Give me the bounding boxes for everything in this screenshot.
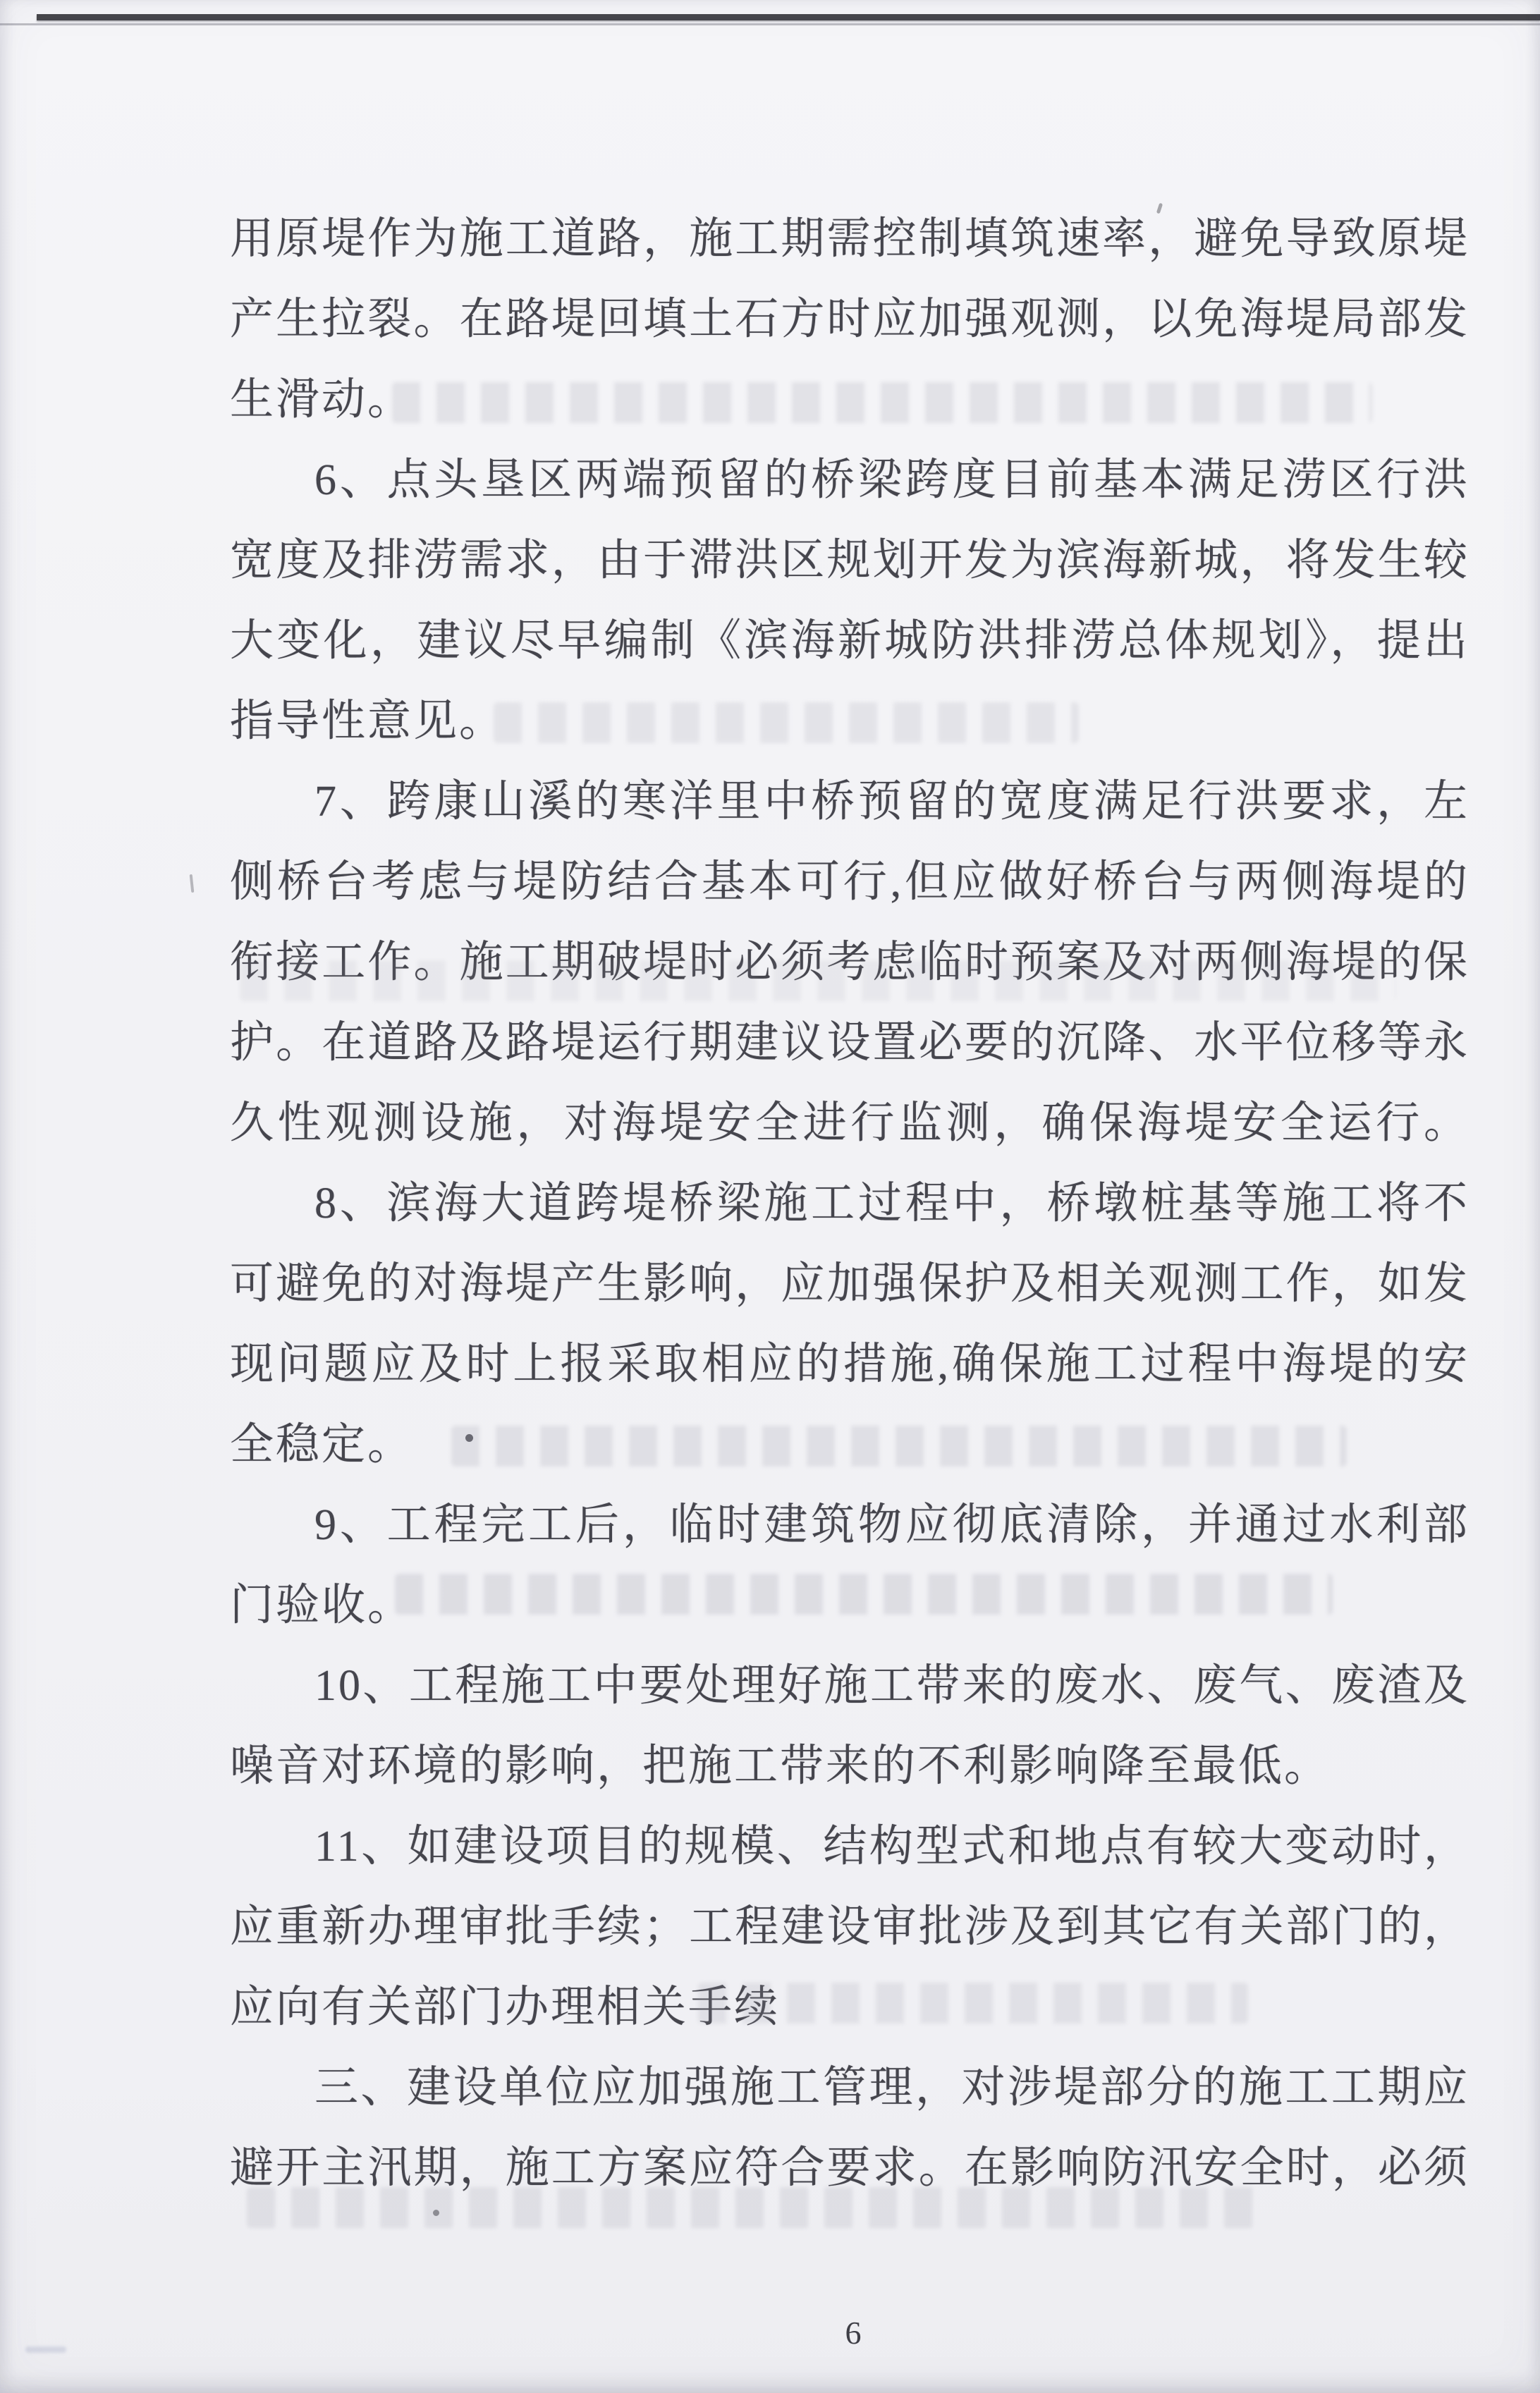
text-line: 可避免的对海堤产生影响，应加强保护及相关观测工作，如发: [230, 1244, 1469, 1324]
text-line: 三、建设单位应加强施工管理，对涉堤部分的施工工期应: [230, 2048, 1469, 2128]
scanned-document-page: 用原堤作为施工道路，施工期需控制填筑速率，避免导致原堤 产生拉裂。在路堤回填土石…: [0, 0, 1540, 2393]
text-line: 10、工程施工中要处理好施工带来的废水、废气、废渣及: [230, 1646, 1469, 1726]
text-line: 9、工程完工后，临时建筑物应彻底清除，并通过水利部: [230, 1485, 1469, 1565]
text-line: 护。在道路及路堤运行期建议设置必要的沉降、水平位移等永: [230, 1003, 1469, 1083]
text-line: 避开主汛期，施工方案应符合要求。在影响防汛安全时，必须: [230, 2128, 1469, 2208]
text-line: 现问题应及时上报采取相应的措施,确保施工过程中海堤的安: [230, 1324, 1469, 1404]
ink-speck: [190, 874, 195, 893]
text-line: 应向有关部门办理相关手续: [230, 1967, 1469, 2048]
text-line: 产生拉裂。在路堤回填土石方时应加强观测，以免海堤局部发: [230, 279, 1469, 360]
text-line: 衔接工作。施工期破堤时必须考虑临时预案及对两侧海堤的保: [230, 922, 1469, 1003]
ink-speck: [25, 2346, 66, 2353]
text-line: 侧桥台考虑与堤防结合基本可行,但应做好桥台与两侧海堤的: [230, 842, 1469, 922]
text-line: 大变化，建议尽早编制《滨海新城防洪排涝总体规划》，提出: [230, 601, 1469, 681]
text-line: 应重新办理审批手续；工程建设审批涉及到其它有关部门的，: [230, 1887, 1469, 1967]
text-line: 7、跨康山溪的寒洋里中桥预留的宽度满足行洪要求，左: [230, 761, 1469, 842]
page-number: 6: [797, 2314, 910, 2351]
text-line: 全稳定。: [230, 1404, 1469, 1485]
text-line: 8、滨海大道跨堤桥梁施工过程中，桥墩桩基等施工将不: [230, 1163, 1469, 1244]
ink-speck: [433, 2210, 439, 2216]
text-line: 门验收。: [230, 1565, 1469, 1646]
text-line: 6、点头垦区两端预留的桥梁跨度目前基本满足涝区行洪: [230, 440, 1469, 520]
text-line: 生滑动。: [230, 360, 1469, 440]
text-line: 宽度及排涝需求，由于滞洪区规划开发为滨海新城，将发生较: [230, 520, 1469, 601]
text-line: 久性观测设施，对海堤安全进行监测，确保海堤安全运行。: [230, 1083, 1469, 1163]
scanner-artifact-line-thin: [0, 23, 1540, 25]
text-line: 噪音对环境的影响，把施工带来的不利影响降至最低。: [230, 1726, 1469, 1806]
text-line: 11、如建设项目的规模、结构型式和地点有较大变动时，: [230, 1806, 1469, 1887]
text-line: 指导性意见。: [230, 681, 1469, 761]
document-body: 用原堤作为施工道路，施工期需控制填筑速率，避免导致原堤 产生拉裂。在路堤回填土石…: [230, 199, 1469, 2208]
text-line: 用原堤作为施工道路，施工期需控制填筑速率，避免导致原堤: [230, 199, 1469, 279]
scanner-artifact-line: [37, 14, 1540, 20]
